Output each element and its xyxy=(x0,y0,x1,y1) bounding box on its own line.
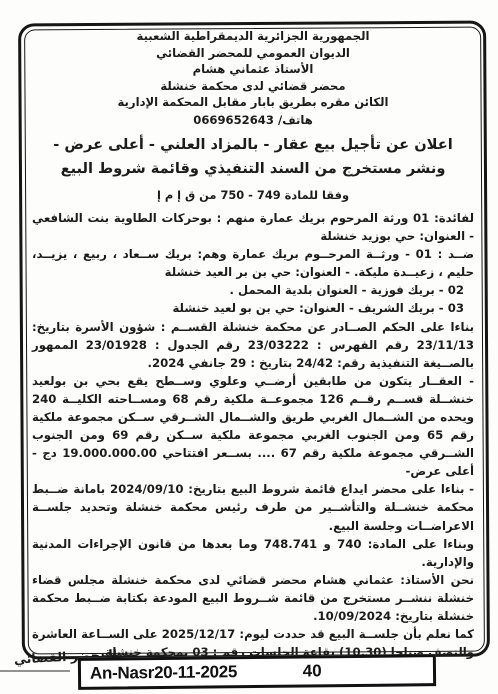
header-bailiff-name: الأستاذ عثماني هشام xyxy=(32,61,474,78)
paragraph-beneficiary: لفائدة: 01 ورثة المرحوم بريك عمارة منهم … xyxy=(32,209,474,245)
paragraph-deposit-record: - بناءا على محضر ايداع قائمة شروط البيع … xyxy=(32,480,474,534)
paragraph-defendants: ضــد : 01 - ورثــة المرحــوم بريك عمارة … xyxy=(32,245,474,281)
paragraph-judgment: بناءا على الحكم الصــادر عن محكمة خنشلة … xyxy=(32,318,474,372)
paragraph-defendant-02: 02 - بريك فوزية - العنوان بلدية المحمل . xyxy=(32,281,474,299)
scan-smudge xyxy=(0,670,70,672)
scanned-notice-page: الجمهورية الجزائرية الديمقراطية الشعبية … xyxy=(0,0,498,694)
publication-source-date: An-Nasr20-11-2025 xyxy=(81,662,237,684)
header-phone-number: هاتف/ 0669652643 xyxy=(32,112,474,128)
notice-title-line1: اعلان عن تأجيل بيع عقار - بالمزاد العلني… xyxy=(32,133,474,157)
page-number: 40 xyxy=(303,661,322,681)
notice-body: لفائدة: 01 ورثة المرحوم بريك عمارة منهم … xyxy=(32,209,474,661)
paragraph-property-description: - العقــار يتكون من طابقين أرضــي وعلوي … xyxy=(32,372,474,481)
publication-footer: An-Nasr20-11-2025 40 xyxy=(78,654,436,690)
header-court-line: محضر قضائي لدى محكمة خنشلة xyxy=(32,78,474,95)
header-republic-line: الجمهورية الجزائرية الديمقراطية الشعبية xyxy=(32,28,474,45)
header-office-line: الديوان العمومي للمحضر القضائي xyxy=(32,45,474,62)
legal-reference-subtitle: وفقا للمادة 749 - 750 من ق إ م إ xyxy=(32,188,474,202)
header-address-line: الكائن مقره بطريق بابار مقابل المحكمة ال… xyxy=(32,94,474,111)
paragraph-legal-articles: وبناءا على المادة: 740 و 748.741 وما بعد… xyxy=(32,535,474,571)
paragraph-publication-statement: نحن الأستاذ: عثماني هشام محضر قضائي لدى … xyxy=(32,571,474,625)
paragraph-defendant-03: 03 - بريك الشريف - العنوان: حي بن بو لعي… xyxy=(32,299,474,317)
notice-title-line2: ونشر مستخرج من السند التنفيذي وقائمة شرو… xyxy=(32,157,474,181)
notice-content: الجمهورية الجزائرية الديمقراطية الشعبية … xyxy=(32,28,474,654)
